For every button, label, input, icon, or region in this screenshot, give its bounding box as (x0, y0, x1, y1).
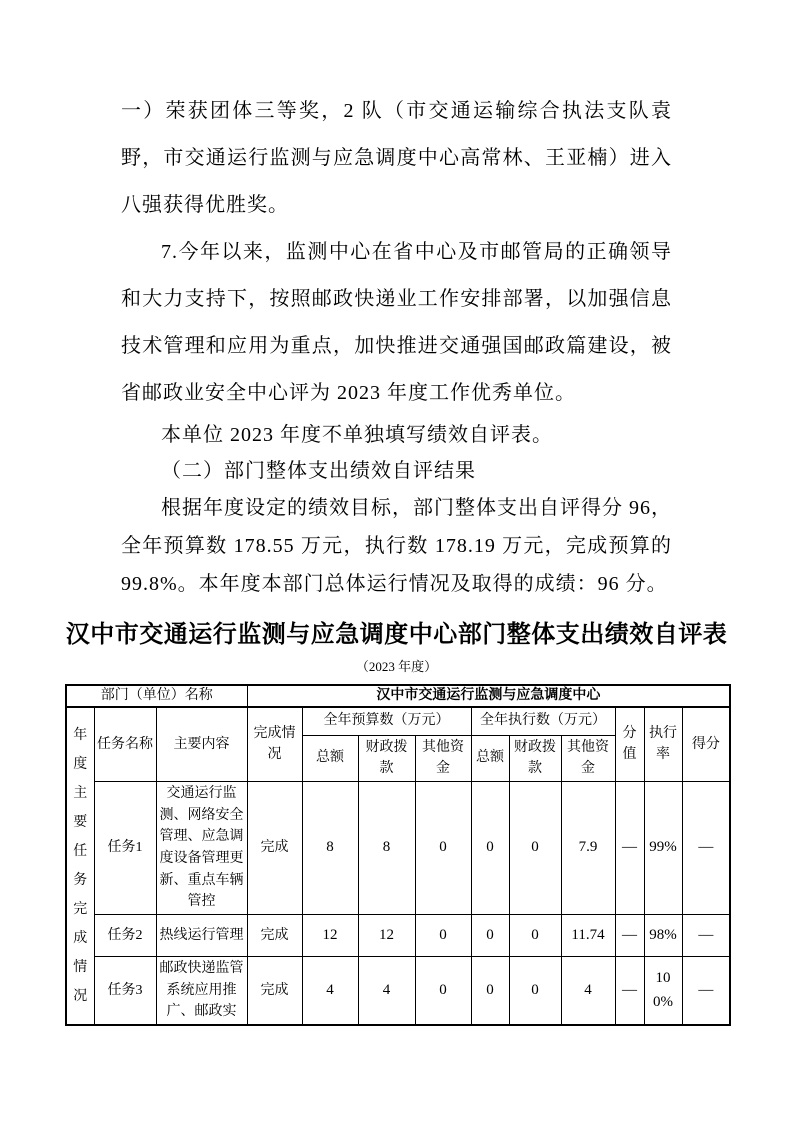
section-heading-2: （二）部门整体支出绩效自评结果 (121, 453, 672, 489)
header-exec-total: 总额 (471, 735, 509, 781)
header-points: 分值 (615, 707, 644, 781)
cell-exec-rate: 100% (644, 957, 682, 1026)
cell-exec-other: 7.9 (561, 781, 615, 914)
header-completion: 完成情况 (247, 707, 302, 781)
table-row-task-3: 任务3 邮政快递监管系统应用推广、邮政实 完成 4 4 0 0 0 4 — 10… (66, 957, 730, 1026)
paragraph-eval-result: 根据年度设定的绩效目标，部门整体支出自评得分 96，全年预算数 178.55 万… (121, 489, 672, 603)
paragraph-item-7: 7.今年以来，监测中心在省中心及市邮管局的正确领导和大力支持下，按照邮政快递业工… (121, 229, 672, 417)
cell-exec-total: 0 (471, 781, 509, 914)
cell-budget-other: 0 (415, 781, 471, 914)
cell-task-name: 任务2 (94, 915, 156, 957)
table-header-row-groups: 年度主要任务完成情况 任务名称 主要内容 完成情况 全年预算数（万元） 全年执行… (66, 707, 730, 735)
cell-exec-rate: 99% (644, 781, 682, 914)
cell-score: — (682, 781, 730, 914)
body-text-block: 一）荣获团体三等奖，2 队（市交通运输综合执法支队袁野，市交通运行监测与应急调度… (121, 88, 672, 603)
vertical-section-label-text: 年度主要任务完成情况 (73, 721, 88, 1011)
header-budget-other: 其他资金 (415, 735, 471, 781)
cell-budget-total: 12 (302, 915, 358, 957)
cell-task-status: 完成 (247, 957, 302, 1026)
cell-task-name: 任务3 (94, 957, 156, 1026)
header-budget-fiscal: 财政拨款 (358, 735, 415, 781)
header-exec-fiscal: 财政拨款 (509, 735, 561, 781)
table-subtitle: （2023 年度） (0, 657, 793, 677)
cell-budget-total: 8 (302, 781, 358, 914)
header-main-content: 主要内容 (156, 707, 247, 781)
header-budget-group: 全年预算数（万元） (302, 707, 471, 735)
cell-exec-total: 0 (471, 915, 509, 957)
header-exec-group: 全年执行数（万元） (471, 707, 615, 735)
cell-task-content: 邮政快递监管系统应用推广、邮政实 (156, 957, 247, 1026)
paragraph-award: 一）荣获团体三等奖，2 队（市交通运输综合执法支队袁野，市交通运行监测与应急调度… (121, 88, 672, 229)
cell-budget-total: 4 (302, 957, 358, 1026)
dept-name-value: 汉中市交通运行监测与应急调度中心 (247, 685, 730, 707)
cell-score: — (682, 915, 730, 957)
cell-task-content: 交通运行监测、网络安全管理、应急调度设备管理更新、重点车辆管控 (156, 781, 247, 914)
cell-task-name: 任务1 (94, 781, 156, 914)
header-exec-other: 其他资金 (561, 735, 615, 781)
vertical-section-label: 年度主要任务完成情况 (66, 707, 94, 1025)
cell-score: — (682, 957, 730, 1026)
performance-self-eval-table: 部门（单位）名称 汉中市交通运行监测与应急调度中心 年度主要任务完成情况 任务名… (65, 684, 731, 1026)
cell-exec-other: 4 (561, 957, 615, 1026)
cell-task-status: 完成 (247, 915, 302, 957)
cell-points: — (615, 915, 644, 957)
cell-budget-other: 0 (415, 915, 471, 957)
dept-name-label: 部门（单位）名称 (66, 685, 247, 707)
cell-task-status: 完成 (247, 781, 302, 914)
header-budget-total: 总额 (302, 735, 358, 781)
cell-exec-fiscal: 0 (509, 957, 561, 1026)
cell-exec-rate: 98% (644, 915, 682, 957)
cell-exec-other: 11.74 (561, 915, 615, 957)
header-exec-rate: 执行率 (644, 707, 682, 781)
cell-exec-fiscal: 0 (509, 915, 561, 957)
cell-exec-fiscal: 0 (509, 781, 561, 914)
table-row-department: 部门（单位）名称 汉中市交通运行监测与应急调度中心 (66, 685, 730, 707)
table-row-task-1: 任务1 交通运行监测、网络安全管理、应急调度设备管理更新、重点车辆管控 完成 8… (66, 781, 730, 914)
cell-task-content: 热线运行管理 (156, 915, 247, 957)
header-task-name: 任务名称 (94, 707, 156, 781)
cell-points: — (615, 781, 644, 914)
cell-exec-total: 0 (471, 957, 509, 1026)
table-row-task-2: 任务2 热线运行管理 完成 12 12 0 0 0 11.74 — 98% — (66, 915, 730, 957)
cell-points: — (615, 957, 644, 1026)
paragraph-no-self-eval: 本单位 2023 年度不单独填写绩效自评表。 (121, 417, 672, 453)
document-page: 一）荣获团体三等奖，2 队（市交通运输综合执法支队袁野，市交通运行监测与应急调度… (0, 0, 793, 1122)
cell-budget-fiscal: 8 (358, 781, 415, 914)
cell-budget-fiscal: 12 (358, 915, 415, 957)
cell-budget-fiscal: 4 (358, 957, 415, 1026)
table-title: 汉中市交通运行监测与应急调度中心部门整体支出绩效自评表 (0, 620, 793, 650)
header-score: 得分 (682, 707, 730, 781)
cell-budget-other: 0 (415, 957, 471, 1026)
